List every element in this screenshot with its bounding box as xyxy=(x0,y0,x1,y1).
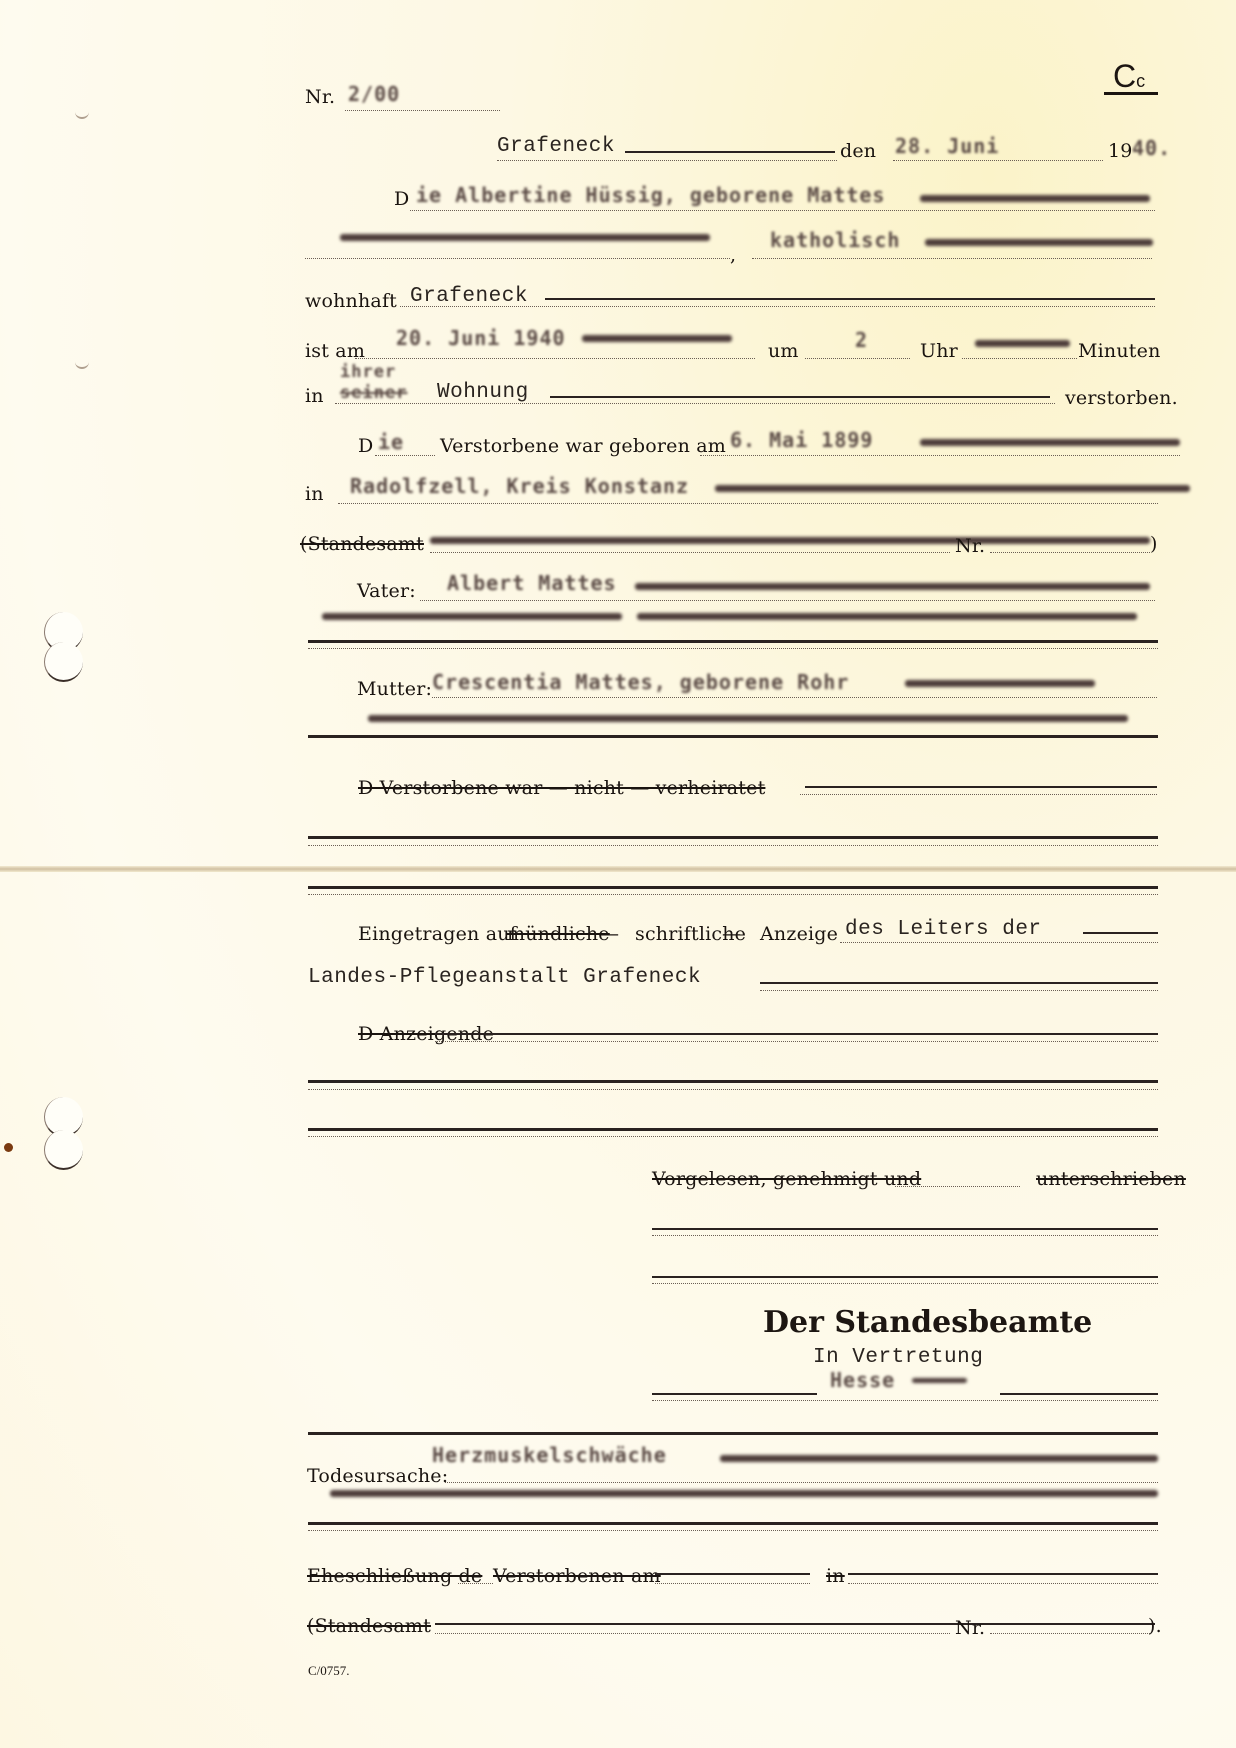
oral-struck: mündliche xyxy=(507,923,610,945)
in-label: in xyxy=(305,385,324,407)
punch-hole xyxy=(44,1130,83,1170)
father-name: Albert Mattes xyxy=(447,571,617,595)
birth-place-label: in xyxy=(305,483,324,505)
marriage-in-label: in xyxy=(826,1565,845,1587)
residence: Grafeneck xyxy=(410,285,528,308)
registrar-subtitle: In Vertretung xyxy=(813,1346,983,1369)
entered-label: Eingetragen auf xyxy=(358,923,517,945)
cause-of-death: Herzmuskelschwäche xyxy=(432,1443,667,1467)
paper-fold-crease xyxy=(0,866,1236,872)
nr-label: Nr. xyxy=(305,86,335,108)
signed-label: unterschrieben xyxy=(1036,1168,1186,1190)
mother-label: Mutter: xyxy=(357,678,432,700)
deceased-name: ie Albertine Hüssig, geborene Mattes xyxy=(416,183,885,207)
separator-1: — xyxy=(600,923,619,945)
um-label: um xyxy=(768,340,799,362)
hour-of-death: 2 xyxy=(855,328,868,352)
minutes-label: Minuten xyxy=(1078,340,1161,362)
residence-label: wohnhaft xyxy=(305,290,397,312)
ink-spot xyxy=(4,1143,13,1152)
form-code: C/0757. xyxy=(308,1663,350,1679)
reporter-line-2: Landes-Pflegeanstalt Grafeneck xyxy=(308,966,701,989)
nr-value: 2/00 xyxy=(348,82,400,106)
read-approved-label: Vorgelesen, genehmigt und xyxy=(652,1168,921,1190)
punch-hole xyxy=(44,642,83,682)
hour-label: Uhr xyxy=(920,340,958,362)
pronoun-inserted: ihrer xyxy=(340,362,396,382)
corner-mark-main: C xyxy=(1113,58,1136,94)
marriage-nr-label: Nr. xyxy=(955,1617,985,1639)
registrar-title: Der Standesbeamte xyxy=(763,1305,1092,1340)
registrar-signature: Hesse xyxy=(830,1368,895,1392)
born-label: Verstorbene war geboren am xyxy=(440,435,726,457)
den-label: den xyxy=(840,140,876,162)
mother-name: Crescentia Mattes, geborene Rohr xyxy=(432,670,849,694)
corner-mark-sub: c xyxy=(1136,71,1145,91)
place-of-death: Wohnung xyxy=(437,381,529,404)
registry-nr-label: Nr. xyxy=(955,535,985,557)
corner-mark-underline xyxy=(1104,92,1158,95)
separator-2: — xyxy=(722,923,741,945)
marriage-label: Eheschließung de xyxy=(307,1565,482,1587)
deceased-prefix: D xyxy=(394,188,409,210)
punch-hole-mark xyxy=(75,110,89,119)
cause-label: Todesursache: xyxy=(307,1465,448,1487)
birth-date: 6. Mai 1899 xyxy=(730,428,873,452)
marriage-label-2: Verstorbenen am xyxy=(493,1565,661,1587)
punch-hole-mark xyxy=(75,360,89,369)
reporter-line-1: des Leiters der xyxy=(845,918,1042,941)
father-label: Vater: xyxy=(357,580,416,602)
born-prefix: D xyxy=(358,435,373,457)
marriage-close: ). xyxy=(1148,1615,1162,1637)
corner-mark: Cc xyxy=(1113,58,1145,95)
died-label: verstorben. xyxy=(1065,387,1178,409)
marital-status: D Verstorbene war — nicht — verheiratet xyxy=(358,777,765,799)
religion: katholisch xyxy=(770,228,900,252)
birth-place: Radolfzell, Kreis Konstanz xyxy=(350,474,689,498)
comma: , xyxy=(730,244,736,266)
born-suffix: ie xyxy=(378,430,404,454)
report-label: Anzeige xyxy=(760,923,838,945)
year-suffix: 40. xyxy=(1132,136,1171,160)
registry-label: (Standesamt xyxy=(300,533,424,555)
pronoun-struck: seiner xyxy=(340,383,407,403)
place-of-registration: Grafeneck xyxy=(497,135,615,158)
year-prefix: 19 xyxy=(1108,140,1133,162)
registration-date: 28. Juni xyxy=(895,134,999,158)
registry-close: ) xyxy=(1150,533,1158,555)
marriage-registry-label: (Standesamt xyxy=(307,1615,431,1637)
date-of-death: 20. Juni 1940 xyxy=(396,326,566,350)
